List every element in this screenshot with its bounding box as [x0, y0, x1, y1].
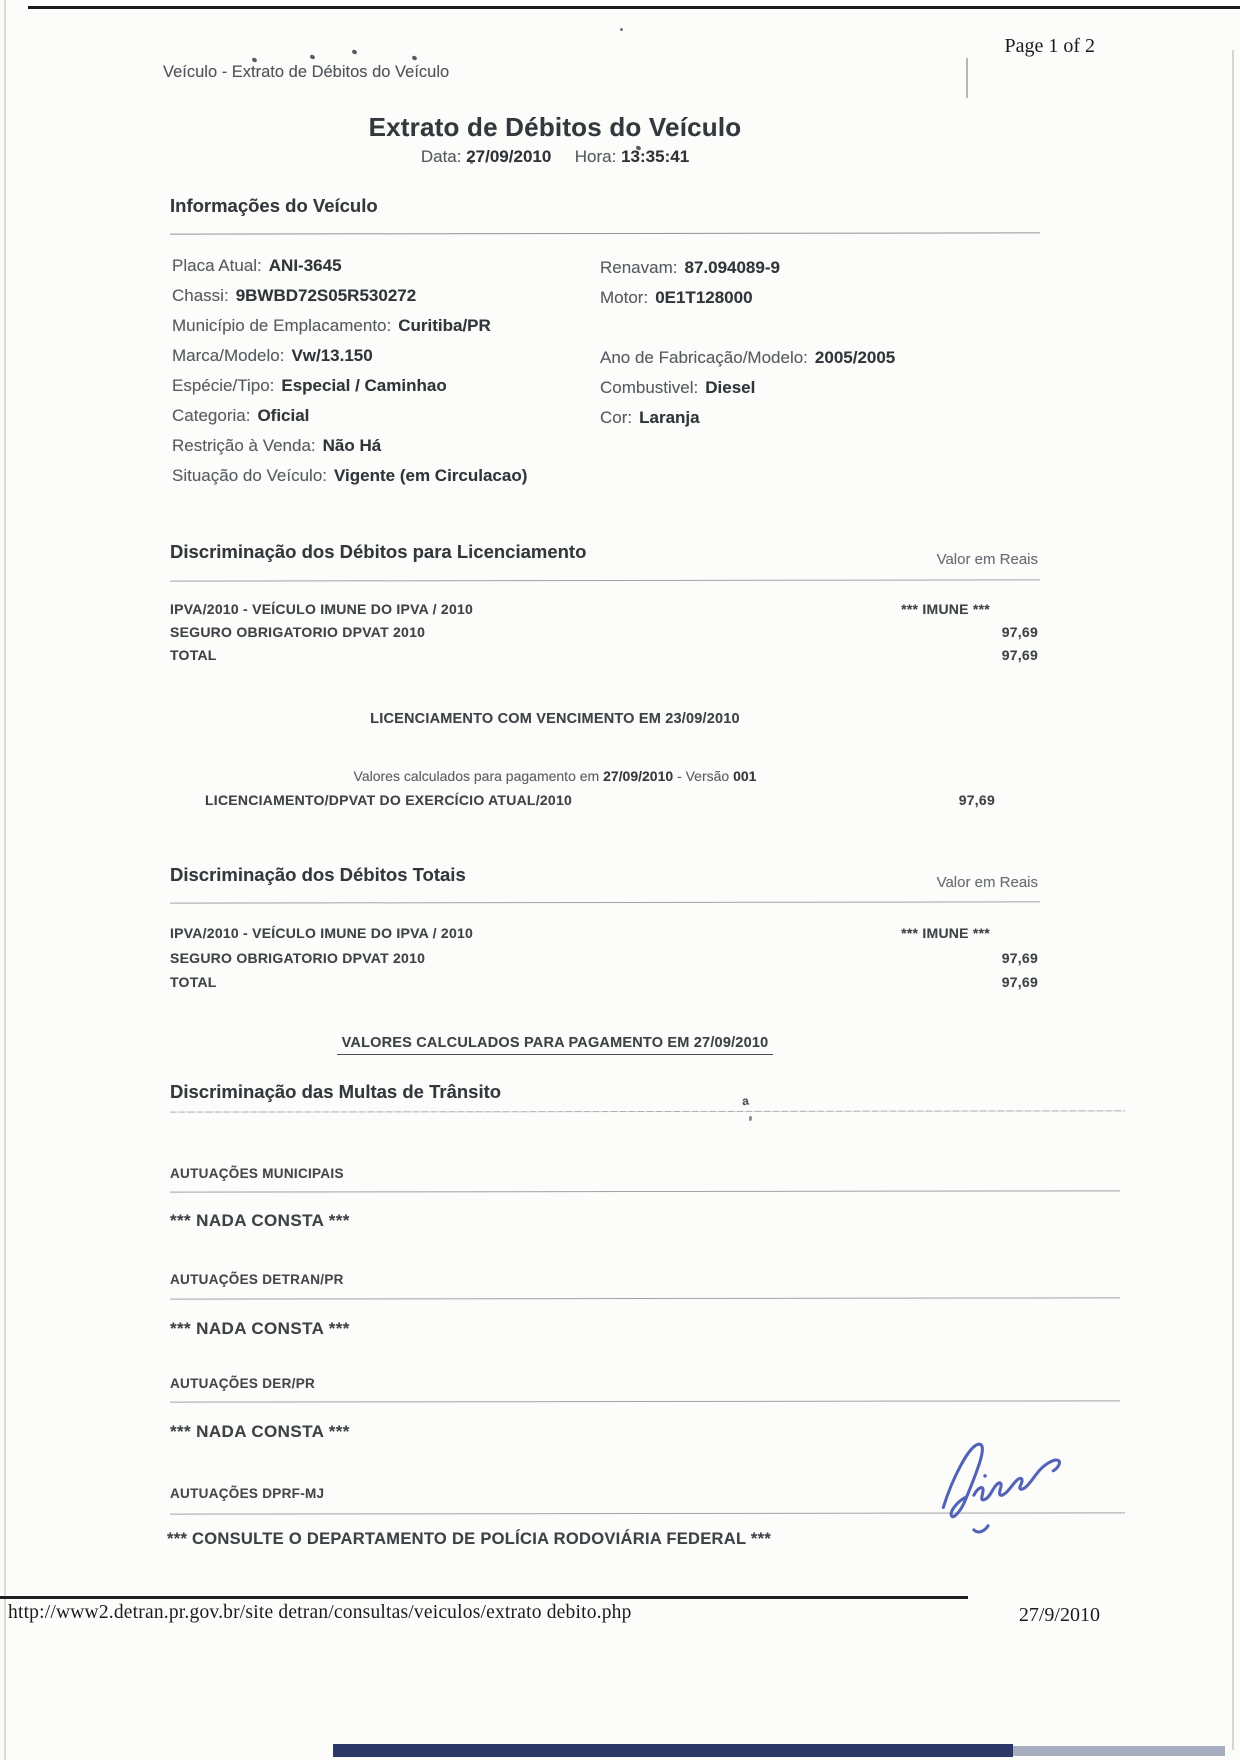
field-value: 0E1T128000: [655, 288, 752, 307]
debit-row: SEGURO OBRIGATORIO DPVAT 201097,69: [170, 624, 1038, 640]
debit-row: IPVA/2010 - VEÍCULO IMUNE DO IPVA / 2010…: [170, 601, 1038, 617]
exercicio-row: LICENCIAMENTO/DPVAT DO EXERCÍCIO ATUAL/2…: [205, 792, 995, 808]
scan-edge-right: [1232, 50, 1234, 1750]
field-value: 2005/2005: [815, 348, 895, 367]
autuacoes-result: *** NADA CONSTA ***: [170, 1211, 350, 1231]
handwritten-signature: [928, 1428, 1093, 1540]
section-heading-vehicle-info: Informações do Veículo: [170, 195, 378, 217]
debit-description: TOTAL: [170, 974, 217, 990]
footer-url: http://www2.detran.pr.gov.br/site detran…: [8, 1602, 632, 1624]
autuacoes-result: *** CONSULTE O DEPARTAMENTO DE POLÍCIA R…: [167, 1530, 771, 1549]
field-label: Motor:: [600, 288, 648, 307]
vehicle-field-row: Espécie/Tipo:Especial / Caminhao: [172, 376, 447, 396]
debit-value: *** IMUNE ***: [901, 925, 1038, 941]
field-value: Não Há: [323, 436, 382, 455]
debit-value: *** IMUNE ***: [901, 601, 1038, 617]
field-label: Marca/Modelo:: [172, 346, 284, 365]
field-label: Categoria:: [172, 406, 250, 425]
autuacoes-title-detran: AUTUAÇÕES DETRAN/PR: [170, 1272, 344, 1287]
field-label: Situação do Veículo:: [172, 466, 327, 485]
datetime-line: Data: 27/09/2010 Hora: 13:35:41: [70, 147, 1040, 167]
scanned-document-page: Veículo - Extrato de Débitos do Veículo …: [0, 0, 1240, 1760]
time-label: Hora:: [575, 147, 617, 166]
scan-border-top: [28, 6, 1240, 9]
debit-description: IPVA/2010 - VEÍCULO IMUNE DO IPVA / 2010: [170, 601, 473, 617]
scan-speck: [309, 54, 315, 59]
vehicle-field-row: Cor:Laranja: [600, 408, 700, 428]
vehicle-field-row: Município de Emplacamento:Curitiba/PR: [172, 316, 491, 336]
calc-note-totais-wrap: VALORES CALCULADOS PARA PAGAMENTO EM 27/…: [70, 1034, 1040, 1055]
calc-note-version: 001: [733, 768, 756, 784]
scan-smudge-dot: [749, 1116, 752, 1121]
debit-value: 97,69: [959, 792, 995, 808]
debit-description: TOTAL: [170, 647, 217, 663]
vehicle-field-row: Restrição à Venda:Não Há: [172, 436, 381, 456]
page-number: Page 1 of 2: [860, 35, 1095, 58]
debit-row: SEGURO OBRIGATORIO DPVAT 201097,69: [170, 950, 1038, 966]
field-label: Município de Emplacamento:: [172, 316, 391, 335]
debit-row: TOTAL97,69: [170, 974, 1038, 990]
field-value: 9BWBD72S05R530272: [236, 286, 417, 305]
divider-rule: [170, 1400, 1120, 1403]
field-value: Curitiba/PR: [398, 316, 491, 335]
debit-value: 97,69: [1002, 647, 1038, 663]
calc-note: Valores calculados para pagamento em 27/…: [70, 768, 1040, 784]
scan-edge-left: [4, 0, 6, 1760]
scan-smudge: a: [741, 1094, 750, 1109]
divider-rule: [170, 1297, 1120, 1300]
section-heading-multas: Discriminação das Multas de Trânsito: [170, 1081, 501, 1103]
debit-description: IPVA/2010 - VEÍCULO IMUNE DO IPVA / 2010: [170, 925, 473, 941]
autuacoes-title-municipais: AUTUAÇÕES MUNICIPAIS: [170, 1166, 344, 1181]
field-value: ANI-3645: [269, 256, 342, 275]
scan-speck: [411, 55, 417, 60]
autuacoes-title-dprf: AUTUAÇÕES DPRF-MJ: [170, 1486, 324, 1501]
field-value: Especial / Caminhao: [281, 376, 446, 395]
debit-description: SEGURO OBRIGATORIO DPVAT 2010: [170, 624, 425, 640]
debit-value: 97,69: [1002, 950, 1038, 966]
debit-value: 97,69: [1002, 974, 1038, 990]
field-label: Restrição à Venda:: [172, 436, 316, 455]
autuacoes-result: *** NADA CONSTA ***: [170, 1319, 350, 1339]
divider-rule: [170, 901, 1040, 904]
calc-note-totais: VALORES CALCULADOS PARA PAGAMENTO EM 27/…: [337, 1035, 774, 1055]
field-value: Vigente (em Circulacao): [334, 466, 527, 485]
value-column-header: Valor em Reais: [170, 551, 1038, 568]
divider-rule: [170, 1110, 1125, 1113]
calc-note-sep: - Versão: [677, 768, 729, 784]
debit-description: SEGURO OBRIGATORIO DPVAT 2010: [170, 950, 425, 966]
scan-speck: [620, 28, 624, 32]
field-value: Oficial: [257, 406, 309, 425]
footer-date: 27/9/2010: [860, 1604, 1100, 1627]
field-value: Laranja: [639, 408, 699, 427]
debit-value: 97,69: [1002, 624, 1038, 640]
time-value: 13:35:41: [621, 147, 689, 166]
document-title: Extrato de Débitos do Veículo: [70, 112, 1040, 143]
field-value: Vw/13.150: [291, 346, 372, 365]
vehicle-field-row: Combustivel:Diesel: [600, 378, 755, 398]
vehicle-field-row: Placa Atual:ANI-3645: [172, 256, 342, 276]
field-value: Diesel: [705, 378, 755, 397]
field-label: Cor:: [600, 408, 632, 427]
vehicle-field-row: Categoria:Oficial: [172, 406, 309, 426]
scan-bottom-bar-light: [1013, 1746, 1225, 1756]
field-label: Placa Atual:: [172, 256, 262, 275]
divider-rule: [170, 232, 1040, 235]
debit-row: IPVA/2010 - VEÍCULO IMUNE DO IPVA / 2010…: [170, 925, 1038, 941]
scan-speck: [251, 57, 257, 62]
vehicle-field-row: Chassi:9BWBD72S05R530272: [172, 286, 416, 306]
scan-artifact-line: [966, 58, 968, 98]
vencimento-note: LICENCIAMENTO COM VENCIMENTO EM 23/09/20…: [70, 711, 1040, 727]
date-value: 27/09/2010: [466, 147, 551, 166]
divider-rule: [170, 1190, 1120, 1193]
field-label: Combustivel:: [600, 378, 698, 397]
vehicle-field-row: Ano de Fabricação/Modelo:2005/2005: [600, 348, 895, 368]
vehicle-field-row: Marca/Modelo:Vw/13.150: [172, 346, 373, 366]
field-value: 87.094089-9: [684, 258, 779, 277]
divider-rule: [170, 579, 1040, 582]
value-column-header: Valor em Reais: [170, 874, 1038, 891]
date-label: Data:: [421, 147, 462, 166]
vehicle-field-row: Situação do Veículo:Vigente (em Circulac…: [172, 466, 527, 486]
vehicle-field-row: Motor:0E1T128000: [600, 288, 753, 308]
footer-rule: [0, 1596, 968, 1599]
autuacoes-title-der: AUTUAÇÕES DER/PR: [170, 1376, 315, 1391]
scan-bottom-bar: [333, 1744, 1013, 1757]
field-label: Chassi:: [172, 286, 229, 305]
scan-speck: [351, 49, 357, 54]
debit-row: TOTAL97,69: [170, 647, 1038, 663]
field-label: Ano de Fabricação/Modelo:: [600, 348, 808, 367]
debit-description: LICENCIAMENTO/DPVAT DO EXERCÍCIO ATUAL/2…: [205, 792, 572, 808]
field-label: Renavam:: [600, 258, 677, 277]
calc-note-date: 27/09/2010: [603, 768, 673, 784]
vehicle-field-row: Renavam:87.094089-9: [600, 258, 780, 278]
breadcrumb: Veículo - Extrato de Débitos do Veículo: [163, 63, 449, 82]
field-label: Espécie/Tipo:: [172, 376, 274, 395]
autuacoes-result: *** NADA CONSTA ***: [170, 1422, 350, 1442]
calc-note-prefix: Valores calculados para pagamento em: [354, 768, 600, 784]
